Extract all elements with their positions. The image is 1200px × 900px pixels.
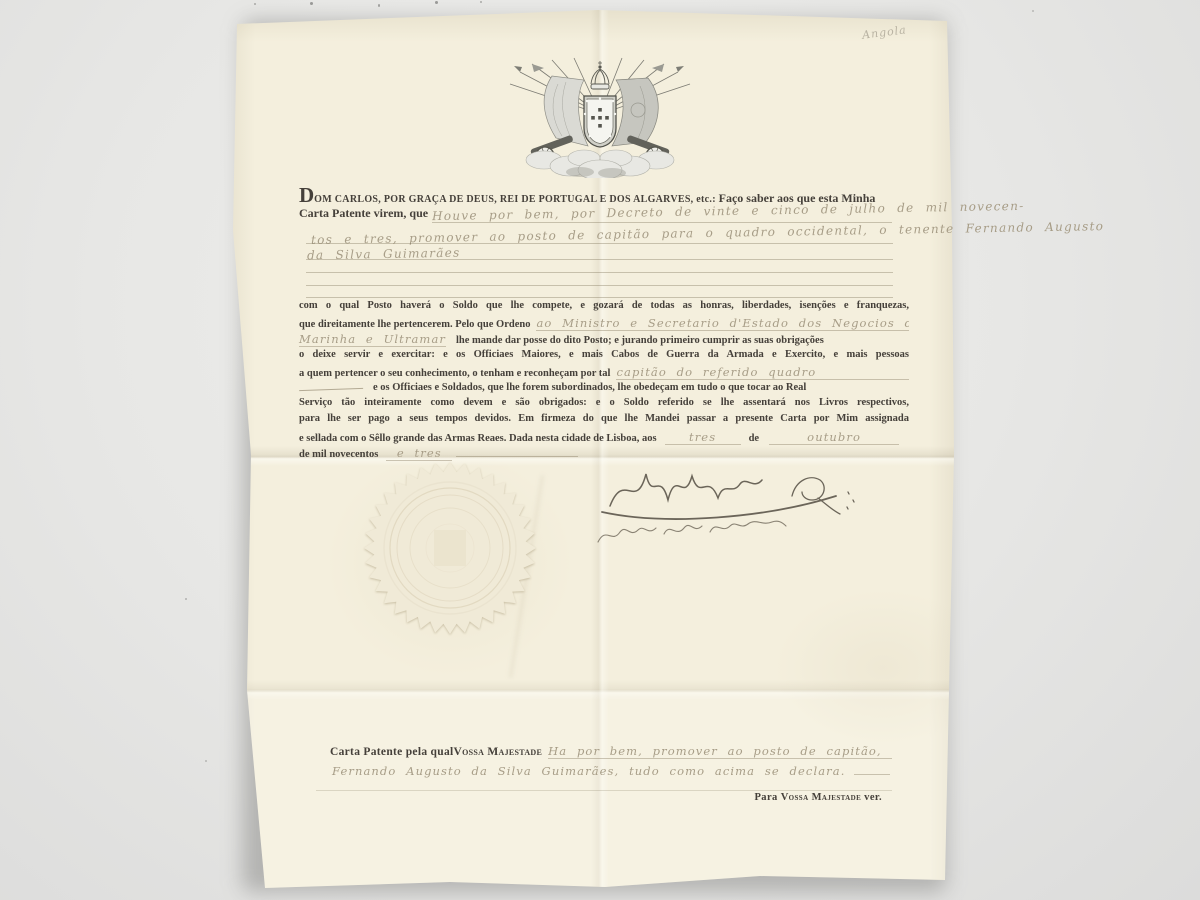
body-line: com o qual Posto haverá o Soldo que lhe … (299, 300, 909, 316)
manuscript-rank: capitão do referido quadro (616, 365, 909, 380)
paper-stain (773, 588, 993, 748)
ruled-line (306, 272, 893, 273)
body-line: Marinha e Ultramar lhe mande dar posse d… (299, 332, 909, 348)
ruled-line (306, 297, 893, 298)
manuscript-minister-line2: Marinha e Ultramar (299, 332, 446, 347)
manuscript-minister-line1: ao Ministro e Secretario d'Estado dos Ne… (536, 316, 909, 331)
drop-cap: D (299, 183, 314, 207)
royal-coat-of-arms-engraving (492, 54, 708, 178)
ruled-line (306, 285, 893, 286)
ruled-line (316, 790, 892, 791)
docket-line: Carta Patente pela qual Vossa Majestade … (330, 744, 892, 759)
paper-right-shading (929, 8, 955, 890)
vossa-majestade-smallcaps: Vossa Majestade (453, 746, 542, 758)
horizontal-fold-crease-lower (233, 680, 955, 700)
body-line: e os Officiaes e Soldados, que lhe forem… (299, 381, 909, 397)
photograph-stage: Angola (0, 0, 1200, 900)
manuscript-month: outubro (769, 430, 899, 445)
seal-center-relief (434, 530, 466, 566)
countersignature (594, 514, 794, 554)
body-line: a quem pertencer o seu conhecimento, o t… (299, 365, 909, 381)
pennant-right (652, 64, 664, 72)
para-vossa-majestade-ver: Para Vossa Majestade ver. (712, 792, 882, 803)
manuscript-day: tres (665, 430, 741, 445)
manuscript-flourish-dash (299, 380, 363, 391)
ruled-line (854, 764, 891, 775)
embossed-paper-seal (362, 460, 538, 636)
docket-line: Fernando Augusto da Silva Guimarães, tud… (332, 764, 890, 778)
dust-speck (1032, 10, 1034, 12)
dust-speck (310, 2, 313, 5)
dust-speck (254, 3, 256, 5)
manuscript-year: e tres (386, 446, 452, 461)
ruled-line (432, 222, 892, 223)
ruled-line (306, 243, 893, 244)
body-line: e sellada com o Sêllo grande das Armas R… (299, 430, 909, 446)
paper-top-shading (233, 8, 955, 42)
royal-crown (591, 61, 609, 89)
cloud-base (526, 150, 674, 178)
dust-speck (435, 1, 438, 4)
draped-flag-right (612, 78, 658, 146)
ruled-line (306, 259, 893, 260)
manuscript-docket-line1: Ha por bem, promover ao posto de capitão… (548, 744, 892, 759)
body-line: que direitamente lhe pertencerem. Pelo q… (299, 316, 909, 332)
dust-speck (205, 760, 207, 762)
dust-speck (185, 598, 187, 600)
body-line: Serviço tão inteiramente como devem e sã… (299, 397, 909, 413)
body-line: para lhe ser pago a seus tempos devidos.… (299, 413, 909, 429)
carta-patente-line: Carta Patente virem, que (299, 206, 428, 221)
manuscript-docket-line2: Fernando Augusto da Silva Guimarães, tud… (332, 764, 846, 778)
dust-speck (378, 4, 380, 7)
ruled-line (456, 446, 578, 457)
royal-signature (596, 456, 866, 520)
dust-speck (480, 1, 482, 3)
body-line: o deixe servir e exercitar: e os Officia… (299, 349, 909, 365)
pennant-left (532, 64, 544, 72)
draped-flag-left (544, 76, 588, 146)
